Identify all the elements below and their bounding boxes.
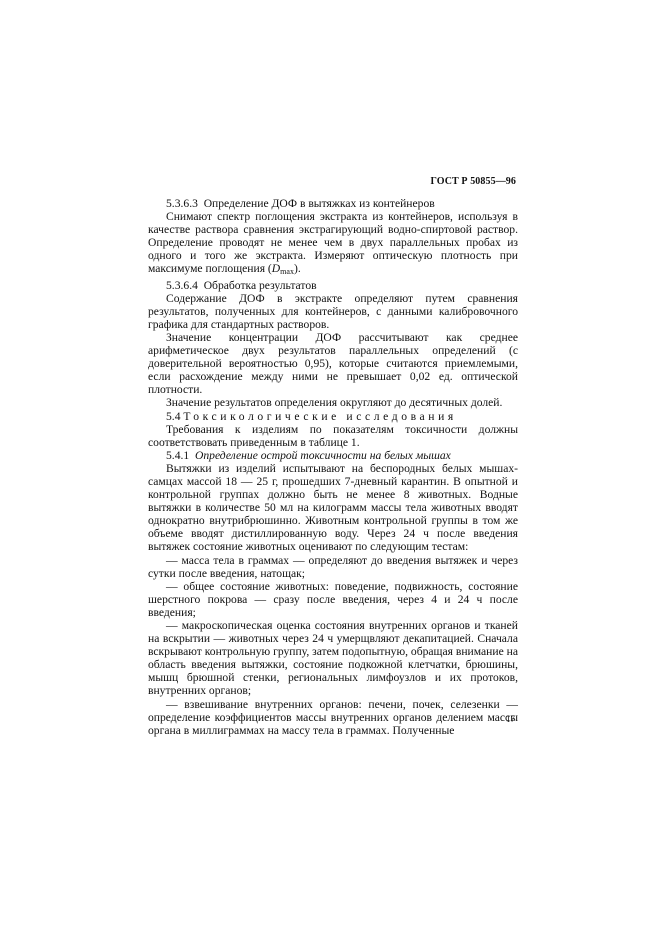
paragraph-rounding: Значение результатов определения округля… [148,396,518,409]
section-number: 5.3.6.3 [166,197,198,210]
list-item-weighing: — взвешивание внутренних органов: печени… [148,698,518,737]
section-heading-5-4-1: 5.4.1 Определение острой токсичности на … [148,449,518,462]
section-title: Обработка результатов [204,279,317,292]
section-number: 5.4 [166,410,181,423]
list-item-macroscopic: — макроскопическая оценка состояния внут… [148,619,518,698]
document-body: 5.3.6.3 Определение ДОФ в вытяжках из ко… [148,197,518,737]
section-heading-5-3-6-4: 5.3.6.4 Обработка результатов [148,279,518,292]
symbol-d: D [272,262,280,275]
section-title: Определение острой токсичности на белых … [195,449,451,462]
section-number: 5.4.1 [166,449,189,462]
list-item-body-mass: — масса тела в граммах — определяют до в… [148,554,518,580]
document-page: ГОСТ Р 50855—96 5.3.6.3 Определение ДОФ … [0,0,661,935]
paragraph-content: Содержание ДОФ в экстракте определяют пу… [148,292,518,331]
paragraph-tail: ). [294,262,301,275]
section-title: Определение ДОФ в вытяжках из контейнеро… [204,197,435,210]
page-number: 17 [506,714,515,724]
section-number: 5.3.6.4 [166,279,198,292]
paragraph-requirements: Требования к изделиям по показателям ток… [148,423,518,449]
paragraph-text: Снимают спектр поглощения экстракта из к… [148,210,518,275]
section-heading-5-4: 5.4 Токсикологические исследования [148,410,518,423]
paragraph-extracts: Вытяжки из изделий испытывают на беспоро… [148,462,518,554]
list-item-general-state: — общее состояние животных: поведение, п… [148,580,518,619]
paragraph-concentration: Значение концентрации ДОФ рассчитывают к… [148,331,518,396]
section-title: Токсикологические исследования [183,410,456,423]
subscript-max: max [280,267,294,276]
paragraph-spectrum: Снимают спектр поглощения экстракта из к… [148,210,518,278]
standard-header: ГОСТ Р 50855—96 [430,176,516,187]
section-heading-5-3-6-3: 5.3.6.3 Определение ДОФ в вытяжках из ко… [148,197,518,210]
